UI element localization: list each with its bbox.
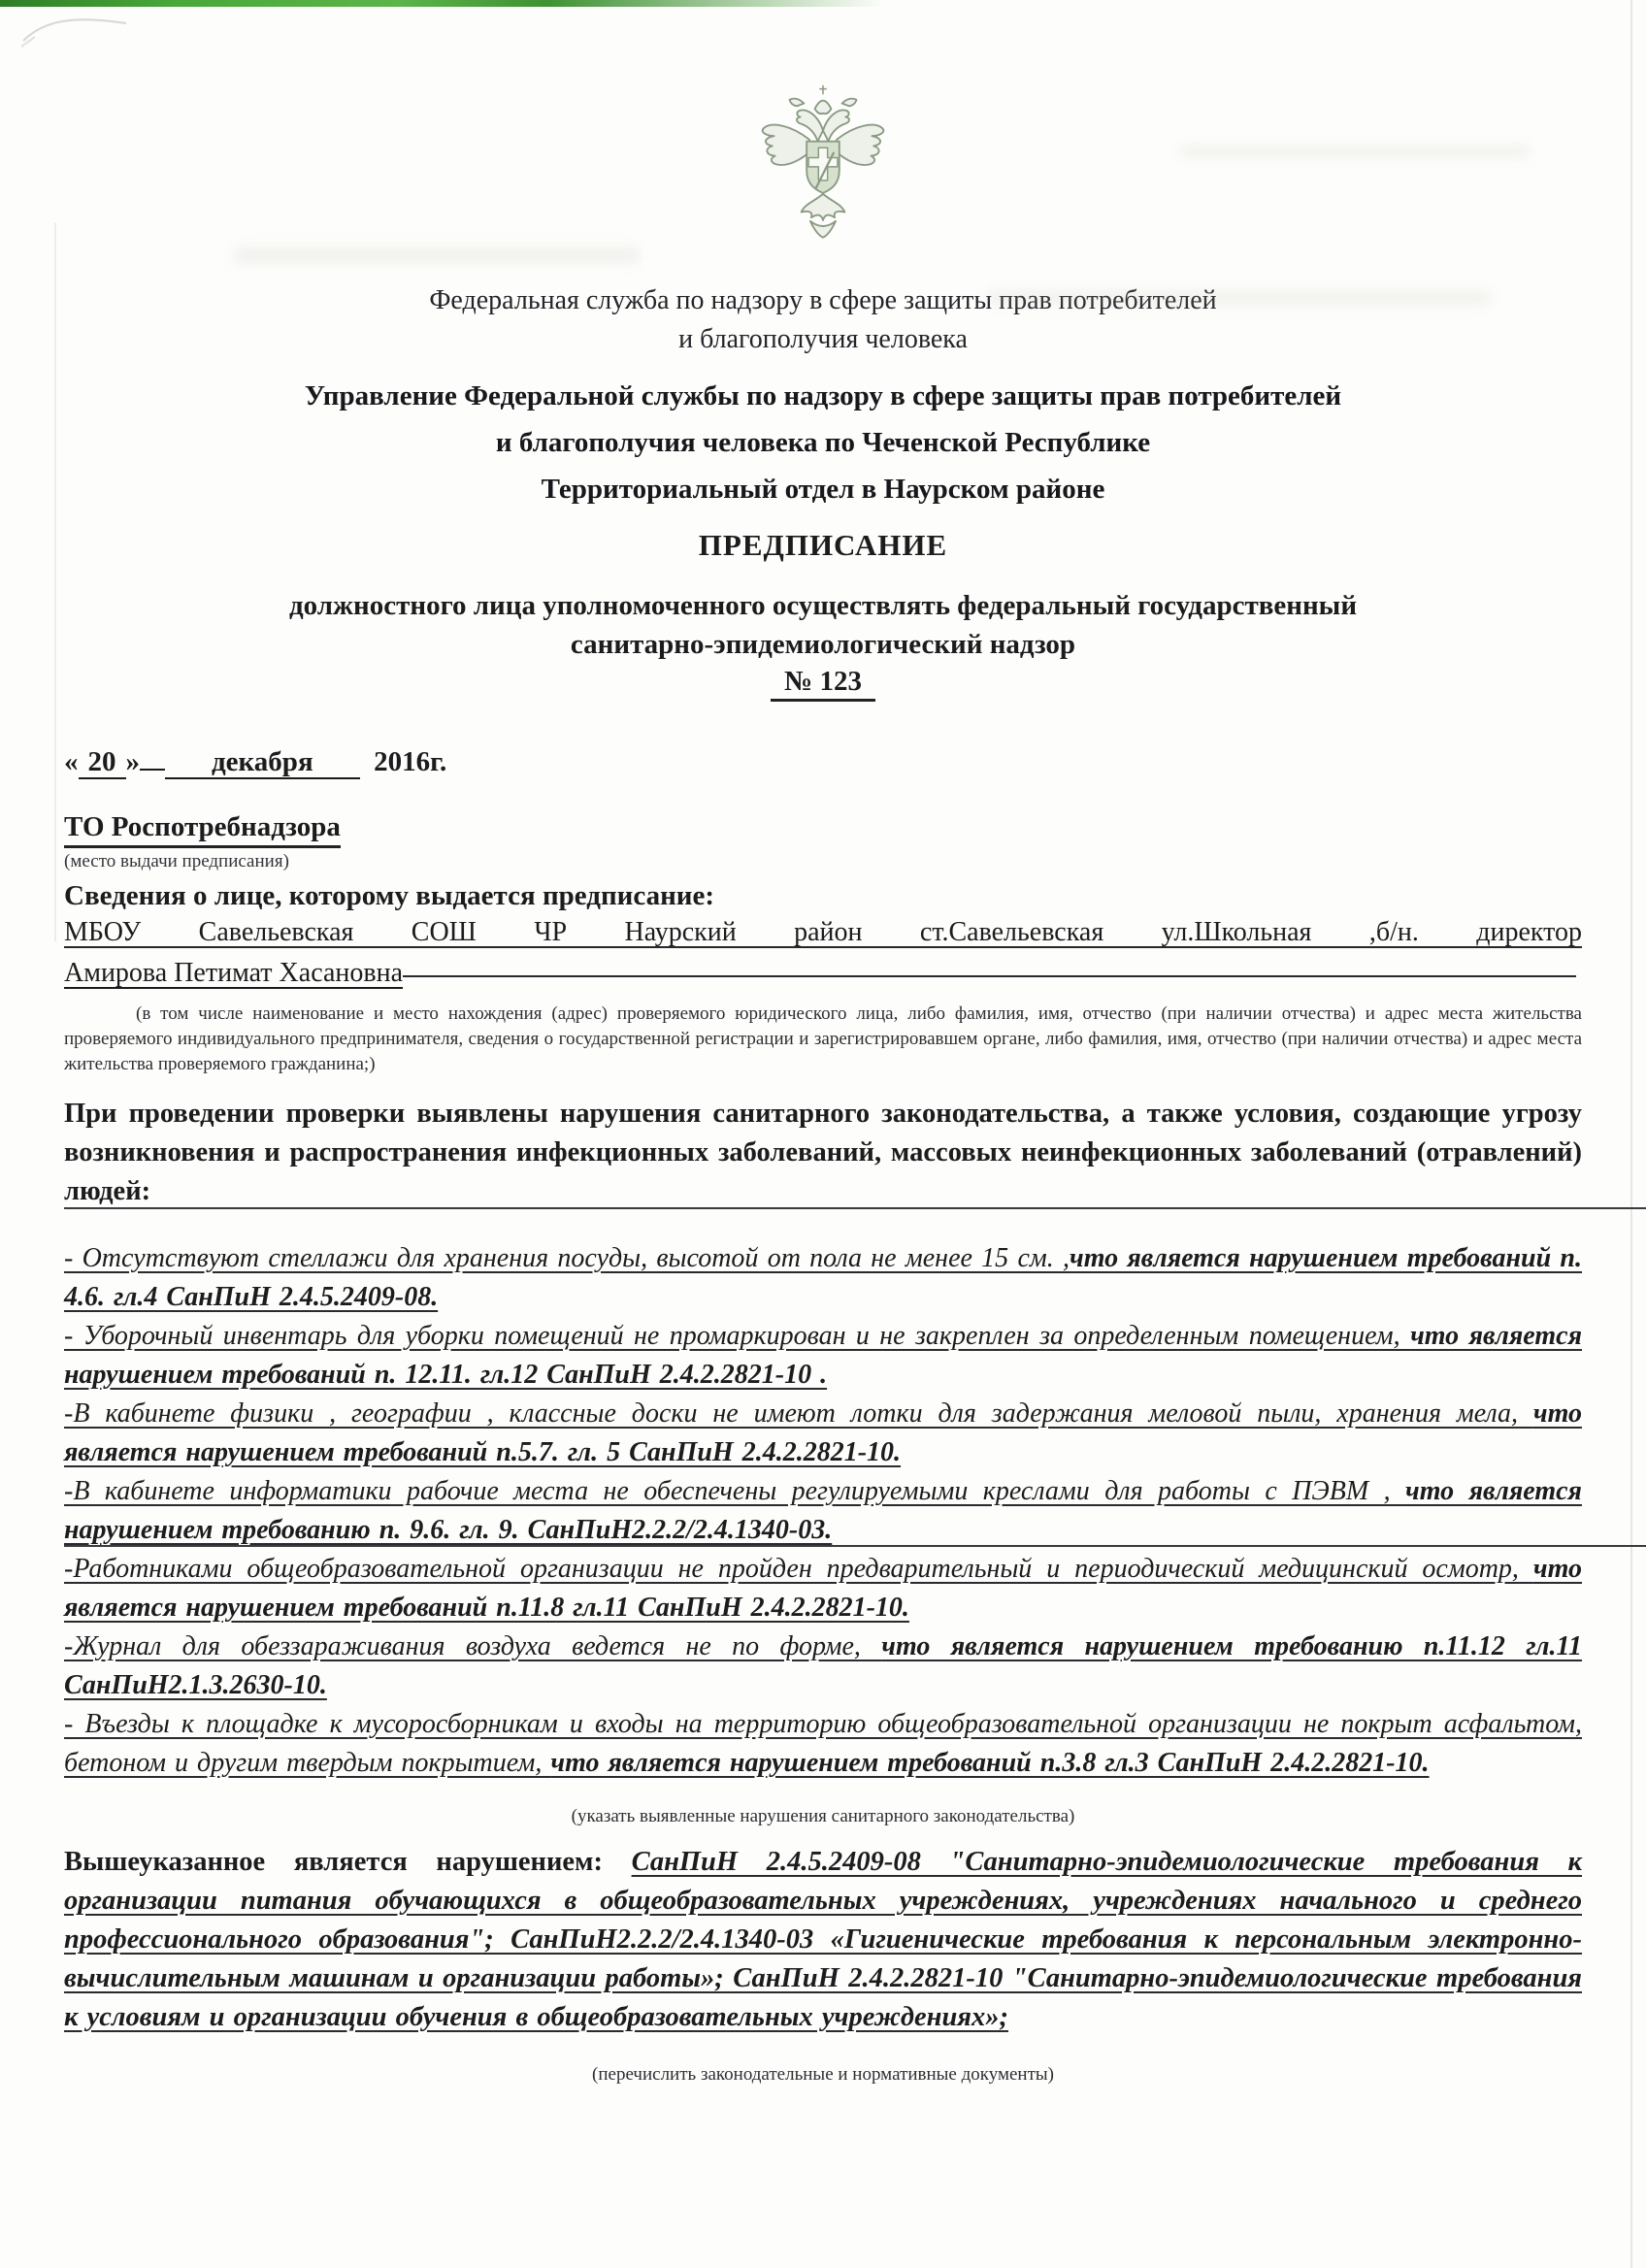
recipient-org-line: МБОУ Савельевская СОШ ЧР Наурский район … [64, 912, 1582, 953]
legal-basis-lead: Вышеуказанное является нарушением: [64, 1847, 632, 1877]
violation-item-3: -В кабинете физики , географии , классны… [64, 1395, 1582, 1472]
pen-mark-artifact [17, 8, 134, 52]
violations-note: (указать выявленные нарушения санитарног… [64, 1806, 1582, 1827]
subtitle-line1: должностного лица уполномоченного осущес… [64, 586, 1582, 625]
department-line3: Территориальный отдел в Наурском районе [64, 466, 1582, 512]
violations-intro: При проведении проверки выявлены нарушен… [64, 1095, 1582, 1211]
issue-place-block: ТО Роспотребнадзора (место выдачи предпи… [64, 811, 1582, 872]
agency-line2: и благополучия человека [64, 320, 1582, 359]
date-day: 20 [79, 746, 126, 779]
legal-basis: Вышеуказанное является нарушением: СанПи… [64, 1843, 1582, 2037]
scan-smudge [1180, 146, 1530, 157]
issue-place: ТО Роспотребнадзора [64, 811, 341, 848]
blank-line [403, 975, 1576, 977]
scanned-document-page: Федеральная служба по надзору в сфере за… [0, 0, 1646, 2268]
department-name: Управление Федеральной службы по надзору… [64, 373, 1582, 512]
violation-item-4: -В кабинете информатики рабочие места не… [64, 1472, 1582, 1550]
violation-item-5: -Работниками общеобразовательной организ… [64, 1550, 1582, 1627]
recipient-person-line: Амирова Петимат Хасановна [64, 953, 1582, 994]
violation-item-2: - Уборочный инвентарь для уборки помещен… [64, 1317, 1582, 1395]
date-year: 2016г. [374, 746, 446, 777]
violation-item-1: - Отсутствуют стеллажи для хранения посу… [64, 1239, 1582, 1317]
recipient-heading: Сведения о лице, которому выдается предп… [64, 880, 1582, 912]
rospotrebnadzor-eagle-emblem-icon [755, 82, 891, 248]
scan-edge-artifact [0, 0, 883, 7]
legal-basis-note: (перечислить законодательные и нормативн… [64, 2064, 1582, 2086]
scan-fold-artifact [54, 223, 56, 941]
document-subtitle: должностного лица уполномоченного осущес… [64, 586, 1582, 664]
scan-smudge [986, 291, 1491, 305]
date-close-quote: » [126, 746, 141, 777]
department-line2: и благополучия человека по Чеченской Рес… [64, 419, 1582, 466]
date-open-quote: « [64, 746, 79, 777]
date-month: декабря [165, 746, 360, 779]
date-line: «20»декабря 2016г. [64, 746, 1582, 778]
department-line1: Управление Федеральной службы по надзору… [64, 373, 1582, 419]
recipient-note: (в том числе наименование и место нахожд… [64, 1002, 1582, 1077]
violation-item-7: - Въезды к площадке к мусоросборникам и … [64, 1705, 1582, 1783]
issue-place-note: (место выдачи предписания) [64, 851, 1582, 872]
scan-edge-artifact [1630, 0, 1632, 2268]
violation-item-6: -Журнал для обеззараживания воздуха веде… [64, 1627, 1582, 1705]
subtitle-line2: санитарно-эпидемиологический надзор [64, 625, 1582, 664]
document-number: № 123 [64, 666, 1582, 702]
emblem-container [0, 0, 1646, 248]
scan-smudge [233, 247, 641, 263]
document-title: ПРЕДПИСАНИЕ [64, 528, 1582, 563]
